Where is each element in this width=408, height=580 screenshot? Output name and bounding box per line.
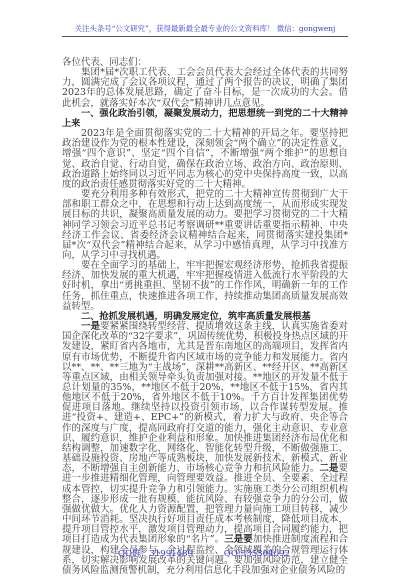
- section-2-paragraph: 一是要紧紧围绕转型经营、提质增效这条主线，认真实施省委对国企深化改革的“32字要…: [62, 322, 348, 576]
- header-banner[interactable]: 关注头条号“公文研究”，获得最新最全最专业的公文资料库！ 微信：gongwenj: [62, 24, 348, 37]
- section-1-paragraph-1: 2023年是全面贯彻落实党的二十大精神的开局之年。要坚持把政治建设作为党的根本性…: [62, 129, 348, 190]
- section-2-point-1: 要紧紧围绕转型经营、提质增效这条主线，认真实施省委对国企深化改革的“32字要求”…: [62, 321, 348, 474]
- section-1-heading: 一、强化政治引领，凝聚发展动力，把思想统一到党的二十大精神上来: [62, 109, 348, 129]
- section-1-paragraph-3: 要在全面学习的基础上，牢牢把握宏观经济形势，抢抓我省提振经济、加快发展的重大机遇…: [62, 261, 348, 312]
- intro-paragraph: 集团*届*次职工代表、工会会员代表大会经过全体代表的共同努力，圆满完成了会议各项…: [62, 68, 348, 109]
- header-banner-text[interactable]: 关注头条号“公文研究”，获得最新最全最专业的公文资料库！ 微信：gongwenj: [75, 24, 336, 33]
- qq-number: QQ:535304092: [224, 549, 290, 559]
- document-body: 各位代表、同志们： 集团*届*次职工代表、工会会员代表大会经过全体代表的共同努力…: [62, 58, 348, 576]
- qq-group: QQ群：31991489: [118, 549, 193, 559]
- section-1-paragraph-2: 要充分利用多种有效形式，把党的二十大精神宣传贯彻到广大干部和职工群众之中，在思想…: [62, 190, 348, 261]
- footer-contact: QQ群：31991489 QQ:535304092: [0, 548, 408, 560]
